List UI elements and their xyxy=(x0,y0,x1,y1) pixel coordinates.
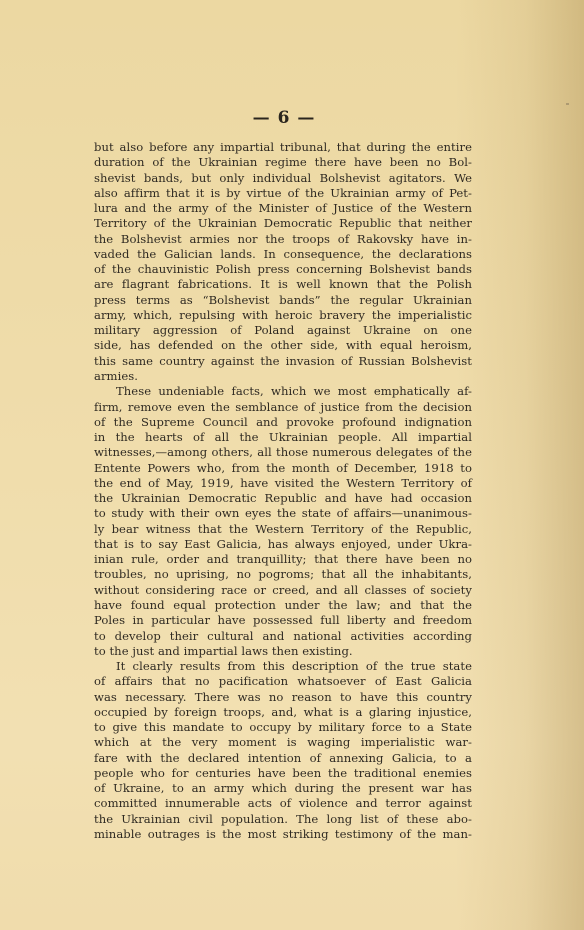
text-line: of the Supreme Council and provoke profo… xyxy=(94,415,472,430)
text-line: inian rule, order and tranquillity; that… xyxy=(94,552,472,567)
text-line: lura and the army of the Minister of Jus… xyxy=(94,201,472,216)
text-line: witnesses,—among others, all those numer… xyxy=(94,445,472,460)
text-line: also affirm that it is by virtue of the … xyxy=(94,186,472,201)
text-line: committed innumerable acts of violence a… xyxy=(94,796,472,811)
text-line: this same country against the invasion o… xyxy=(94,354,472,369)
text-line: the Ukrainian Democratic Republic and ha… xyxy=(94,491,472,506)
text-line: minable outrages is the most striking te… xyxy=(94,827,472,842)
text-line: duration of the Ukrainian regime there h… xyxy=(94,155,472,170)
text-line: the end of May, 1919, have visited the W… xyxy=(94,476,472,491)
text-line: of affairs that no pacification whatsoev… xyxy=(94,674,472,689)
text-line: without considering race or creed, and a… xyxy=(94,583,472,598)
text-line: fare with the declared intention of anne… xyxy=(94,751,472,766)
text-line: to study with their own eyes the state o… xyxy=(94,506,472,521)
text-line: to give this mandate to occupy by milita… xyxy=(94,720,472,735)
text-line: vaded the Galician lands. In consequence… xyxy=(94,247,472,262)
text-line: have found equal protection under the la… xyxy=(94,598,472,613)
text-line: in the hearts of all the Ukrainian peopl… xyxy=(94,430,472,445)
paragraph-2: These undeniable facts, which we most em… xyxy=(94,384,472,659)
text-line: the Bolshevist armies nor the troops of … xyxy=(94,232,472,247)
text-line: are flagrant fabrications. It is well kn… xyxy=(94,277,472,292)
text-line: but also before any impartial tribunal, … xyxy=(94,140,472,155)
page-number: — 6 — xyxy=(0,108,568,128)
text-line: ly bear witness that the Western Territo… xyxy=(94,522,472,537)
text-line: to develop their cultural and national a… xyxy=(94,629,472,644)
text-line: army, which, repulsing with heroic brave… xyxy=(94,308,472,323)
text-line: It clearly results from this description… xyxy=(94,659,472,674)
book-page: — 6 — but also before any impartial trib… xyxy=(0,0,584,930)
paper-speck xyxy=(566,103,569,105)
text-line: of Ukraine, to an army which during the … xyxy=(94,781,472,796)
text-line: These undeniable facts, which we most em… xyxy=(94,384,472,399)
text-line: people who for centuries have been the t… xyxy=(94,766,472,781)
text-line: that is to say East Galicia, has always … xyxy=(94,537,472,552)
text-line: shevist bands, but only individual Bolsh… xyxy=(94,171,472,186)
text-line: armies. xyxy=(94,369,472,384)
text-line: Territory of the Ukrainian Democratic Re… xyxy=(94,216,472,231)
text-line: to the just and impartial laws then exis… xyxy=(94,644,472,659)
text-line: troubles, no uprising, no pogroms; that … xyxy=(94,567,472,582)
text-line: firm, remove even the semblance of justi… xyxy=(94,400,472,415)
text-line: which at the very moment is waging imper… xyxy=(94,735,472,750)
text-line: Entente Powers who, from the month of De… xyxy=(94,461,472,476)
text-line: press terms as “Bolshevist bands” the re… xyxy=(94,293,472,308)
text-line: occupied by foreign troops, and, what is… xyxy=(94,705,472,720)
text-line: Poles in particular have possessed full … xyxy=(94,613,472,628)
text-line: military aggression of Poland against Uk… xyxy=(94,323,472,338)
body-text: but also before any impartial tribunal, … xyxy=(94,140,472,842)
text-line: the Ukrainian civil population. The long… xyxy=(94,812,472,827)
paragraph-1: but also before any impartial tribunal, … xyxy=(94,140,472,384)
text-line: was necessary. There was no reason to ha… xyxy=(94,690,472,705)
paragraph-3: It clearly results from this description… xyxy=(94,659,472,842)
text-line: of the chauvinistic Polish press concern… xyxy=(94,262,472,277)
text-line: side, has defended on the other side, wi… xyxy=(94,338,472,353)
